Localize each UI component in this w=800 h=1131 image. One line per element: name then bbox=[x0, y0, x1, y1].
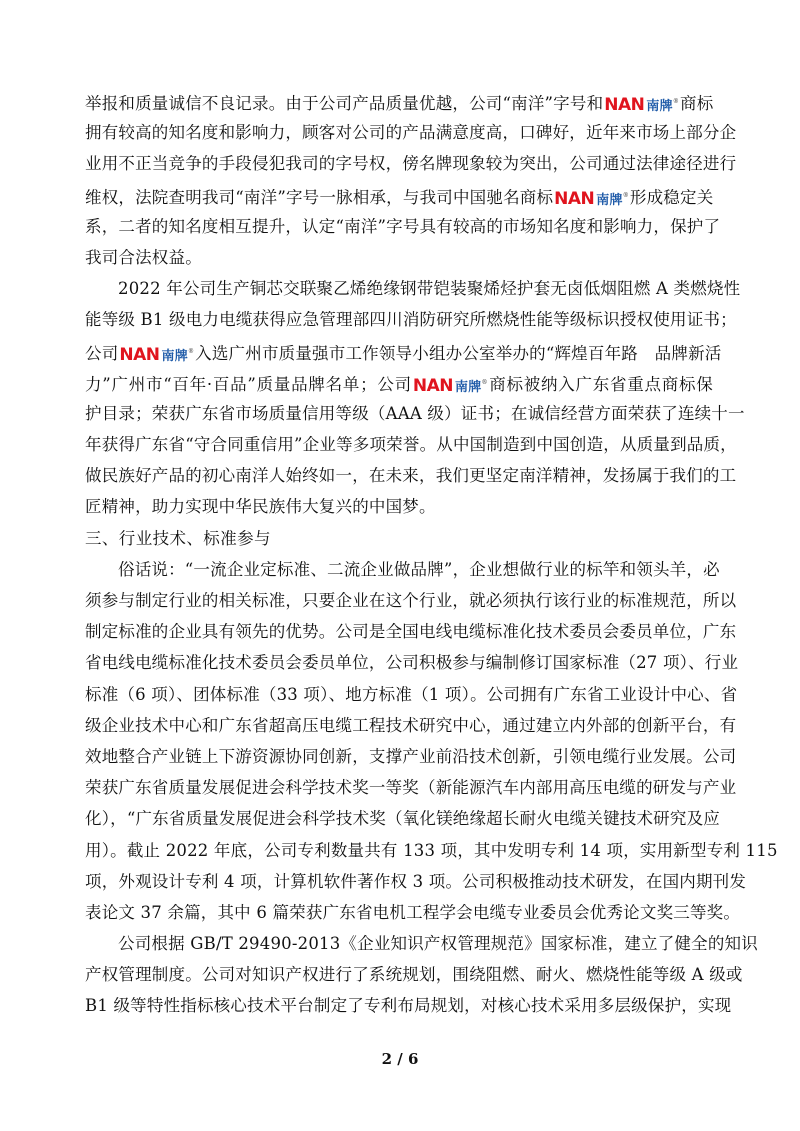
text-segment: 匠精神，助力实现中华民族伟大复兴的中国梦。 bbox=[85, 497, 436, 516]
text-segment: 级企业技术中心和广东省超高压电缆工程技术研究中心，通过建立内外部的创新平台，有 bbox=[85, 716, 736, 735]
text-line: 省电线电缆标准化技术委员会委员单位，公司积极参与编制修订国家标准（27 项）、行… bbox=[85, 647, 713, 678]
text-segment: 护目录；荣获广东省市场质量信用等级（AAA 级）证书；在诚信经营方面荣获了连续十… bbox=[85, 404, 745, 423]
text-segment: 我司合法权益。 bbox=[85, 248, 202, 267]
text-line: 三、行业技术、标准参与 bbox=[85, 523, 713, 554]
logo-latin: NAN bbox=[119, 345, 159, 365]
text-segment: 效地整合产业链上下游资源协同创新，支撑产业前沿技术创新，引领电缆行业发展。公司 bbox=[85, 747, 736, 766]
text-segment: 力”广州市“百年·百品”质量品牌名单；公司 bbox=[85, 375, 412, 394]
registered-mark-icon: ® bbox=[188, 348, 194, 355]
text-segment: 标准（6 项）、团体标准（33 项）、地方标准（1 项）。公司拥有广东省工业设计… bbox=[85, 685, 737, 704]
text-segment: 制定标准的企业具有领先的优势。公司是全国电线电缆标准化技术委员会委员单位，广东 bbox=[85, 622, 736, 641]
text-segment: 公司根据 GB/T 29490-2013《企业知识产权管理规范》国家标准，建立了… bbox=[118, 934, 758, 953]
logo-latin: NAN bbox=[604, 95, 644, 115]
text-segment: 年获得广东省“守合同重信用”企业等多项荣誉。从中国制造到中国创造，从质量到品质， bbox=[85, 435, 737, 454]
text-line: 荣获广东省质量发展促进会科学技术奖一等奖（新能源汽车内部用高压电缆的研发与产业 bbox=[85, 772, 713, 803]
text-line: 年获得广东省“守合同重信用”企业等多项荣誉。从中国制造到中国创造，从质量到品质， bbox=[85, 429, 713, 460]
section-heading: 三、行业技术、标准参与 bbox=[85, 523, 713, 554]
text-segment: 系，二者的知名度相互提升，认定“南洋”字号具有较高的市场知名度和影响力，保护了 bbox=[85, 217, 720, 236]
text-segment: 能等级 B1 级电力电缆获得应急管理部四川消防研究所燃烧性能等级标识授权使用证书… bbox=[85, 310, 737, 329]
text-segment: 化），“广东省质量发展促进会科学技术奖（氧化镁绝缘超长耐火电缆关键技术研究及应 bbox=[85, 809, 720, 828]
paragraph: 公司根据 GB/T 29490-2013《企业知识产权管理规范》国家标准，建立了… bbox=[85, 928, 713, 1022]
text-segment: 举报和质量诚信不良记录。由于公司产品质量优越，公司“南洋”字号和 bbox=[85, 94, 603, 113]
text-line: 表论文 37 余篇，其中 6 篇荣获广东省电机工程学会电缆专业委员会优秀论文奖三… bbox=[85, 897, 713, 928]
text-segment: 拥有较高的知名度和影响力，顾客对公司的产品满意度高，口碑好，近年来市场上部分企 bbox=[85, 123, 736, 142]
text-line: 须参与制定行业的相关标准，只要企业在这个行业，就必须执行该行业的标准规范，所以 bbox=[85, 585, 713, 616]
text-segment: 商标 bbox=[680, 94, 713, 113]
logo-chinese: 南牌 bbox=[455, 380, 481, 395]
text-line: 产权管理制度。公司对知识产权进行了系统规划，围绕阻燃、耐火、燃烧性能等级 A 级… bbox=[85, 959, 713, 990]
text-segment: 三、行业技术、标准参与 bbox=[85, 529, 271, 548]
text-segment: 表论文 37 余篇，其中 6 篇荣获广东省电机工程学会电缆专业委员会优秀论文奖三… bbox=[85, 903, 740, 922]
document-body: 举报和质量诚信不良记录。由于公司产品质量优越，公司“南洋”字号和NAN南牌®商标… bbox=[85, 86, 713, 1022]
text-line: 做民族好产品的初心南洋人始终如一，在未来，我们更坚定南洋精神，发扬属于我们的工 bbox=[85, 460, 713, 491]
text-line: 业用不正当竞争的手段侵犯我司的字号权，傍名牌现象较为突出，公司通过法律途径进行 bbox=[85, 148, 713, 179]
text-line: 级企业技术中心和广东省超高压电缆工程技术研究中心，通过建立内外部的创新平台，有 bbox=[85, 710, 713, 741]
logo-latin: NAN bbox=[554, 189, 594, 209]
text-line: 匠精神，助力实现中华民族伟大复兴的中国梦。 bbox=[85, 491, 713, 522]
text-segment: 公司 bbox=[85, 344, 118, 363]
text-segment: 省电线电缆标准化技术委员会委员单位，公司积极参与编制修订国家标准（27 项）、行… bbox=[85, 653, 738, 672]
text-line: 标准（6 项）、团体标准（33 项）、地方标准（1 项）。公司拥有广东省工业设计… bbox=[85, 679, 713, 710]
text-segment: 产权管理制度。公司对知识产权进行了系统规划，围绕阻燃、耐火、燃烧性能等级 A 级… bbox=[85, 965, 743, 984]
registered-mark-icon: ® bbox=[673, 98, 679, 105]
text-segment: 入选广州市质量强市工作领导小组办公室举办的“辉煌百年路 品牌新活 bbox=[195, 344, 721, 363]
page-number: 2 / 6 bbox=[0, 1050, 800, 1068]
text-line: 拥有较高的知名度和影响力，顾客对公司的产品满意度高，口碑好，近年来市场上部分企 bbox=[85, 117, 713, 148]
text-segment: 荣获广东省质量发展促进会科学技术奖一等奖（新能源汽车内部用高压电缆的研发与产业 bbox=[85, 778, 736, 797]
text-line: 2022 年公司生产铜芯交联聚乙烯绝缘钢带铠装聚烯烃护套无卤低烟阻燃 A 类燃烧… bbox=[85, 273, 713, 304]
text-segment: 维权，法院查明我司“南洋”字号一脉相承，与我司中国驰名商标 bbox=[85, 188, 553, 207]
text-segment: 项，外观设计专利 4 项，计算机软件著作权 3 项。公司积极推动技术研发，在国内… bbox=[85, 872, 746, 891]
text-line: 化），“广东省质量发展促进会科学技术奖（氧化镁绝缘超长耐火电缆关键技术研究及应 bbox=[85, 803, 713, 834]
text-line: 护目录；荣获广东省市场质量信用等级（AAA 级）证书；在诚信经营方面荣获了连续十… bbox=[85, 398, 713, 429]
text-line: 我司合法权益。 bbox=[85, 242, 713, 273]
text-segment: 用）。截止 2022 年底，公司专利数量共有 133 项，其中发明专利 14 项… bbox=[85, 841, 778, 860]
text-segment: 业用不正当竞争的手段侵犯我司的字号权，傍名牌现象较为突出，公司通过法律途径进行 bbox=[85, 154, 736, 173]
text-segment: 形成稳定关 bbox=[630, 188, 714, 207]
registered-mark-icon: ® bbox=[623, 192, 629, 199]
text-line: B1 级等特性指标核心技术平台制定了专利布局规划，对核心技术采用多层级保护，实现 bbox=[85, 990, 713, 1021]
logo-chinese: 南牌 bbox=[646, 99, 672, 114]
paragraph: 举报和质量诚信不良记录。由于公司产品质量优越，公司“南洋”字号和NAN南牌®商标… bbox=[85, 86, 713, 273]
text-line: 维权，法院查明我司“南洋”字号一脉相承，与我司中国驰名商标NAN南牌®形成稳定关 bbox=[85, 180, 713, 211]
text-line: 举报和质量诚信不良记录。由于公司产品质量优越，公司“南洋”字号和NAN南牌®商标 bbox=[85, 86, 713, 117]
text-line: 效地整合产业链上下游资源协同创新，支撑产业前沿技术创新，引领电缆行业发展。公司 bbox=[85, 741, 713, 772]
text-segment: B1 级等特性指标核心技术平台制定了专利布局规划，对核心技术采用多层级保护，实现 bbox=[85, 996, 731, 1015]
logo-chinese: 南牌 bbox=[596, 193, 622, 208]
paragraph: 2022 年公司生产铜芯交联聚乙烯绝缘钢带铠装聚烯烃护套无卤低烟阻燃 A 类燃烧… bbox=[85, 273, 713, 523]
text-line: 能等级 B1 级电力电缆获得应急管理部四川消防研究所燃烧性能等级标识授权使用证书… bbox=[85, 304, 713, 335]
paragraph: 俗话说：“一流企业定标准、二流企业做品牌”，企业想做行业的标竿和领头羊，必须参与… bbox=[85, 554, 713, 928]
text-line: 公司NAN南牌®入选广州市质量强市工作领导小组办公室举办的“辉煌百年路 品牌新活 bbox=[85, 336, 713, 367]
text-line: 俗话说：“一流企业定标准、二流企业做品牌”，企业想做行业的标竿和领头羊，必 bbox=[85, 554, 713, 585]
text-line: 公司根据 GB/T 29490-2013《企业知识产权管理规范》国家标准，建立了… bbox=[85, 928, 713, 959]
text-segment: 做民族好产品的初心南洋人始终如一，在未来，我们更坚定南洋精神，发扬属于我们的工 bbox=[85, 466, 736, 485]
text-line: 项，外观设计专利 4 项，计算机软件著作权 3 项。公司积极推动技术研发，在国内… bbox=[85, 866, 713, 897]
text-line: 用）。截止 2022 年底，公司专利数量共有 133 项，其中发明专利 14 项… bbox=[85, 835, 713, 866]
text-line: 系，二者的知名度相互提升，认定“南洋”字号具有较高的市场知名度和影响力，保护了 bbox=[85, 211, 713, 242]
text-segment: 2022 年公司生产铜芯交联聚乙烯绝缘钢带铠装聚烯烃护套无卤低烟阻燃 A 类燃烧… bbox=[118, 279, 740, 298]
logo-latin: NAN bbox=[413, 376, 453, 396]
text-segment: 俗话说：“一流企业定标准、二流企业做品牌”，企业想做行业的标竿和领头羊，必 bbox=[118, 560, 720, 579]
registered-mark-icon: ® bbox=[481, 379, 487, 386]
text-segment: 须参与制定行业的相关标准，只要企业在这个行业，就必须执行该行业的标准规范，所以 bbox=[85, 591, 736, 610]
text-line: 制定标准的企业具有领先的优势。公司是全国电线电缆标准化技术委员会委员单位，广东 bbox=[85, 616, 713, 647]
text-line: 力”广州市“百年·百品”质量品牌名单；公司NAN南牌®商标被纳入广东省重点商标保 bbox=[85, 367, 713, 398]
logo-chinese: 南牌 bbox=[162, 349, 188, 364]
text-segment: 商标被纳入广东省重点商标保 bbox=[489, 375, 713, 394]
